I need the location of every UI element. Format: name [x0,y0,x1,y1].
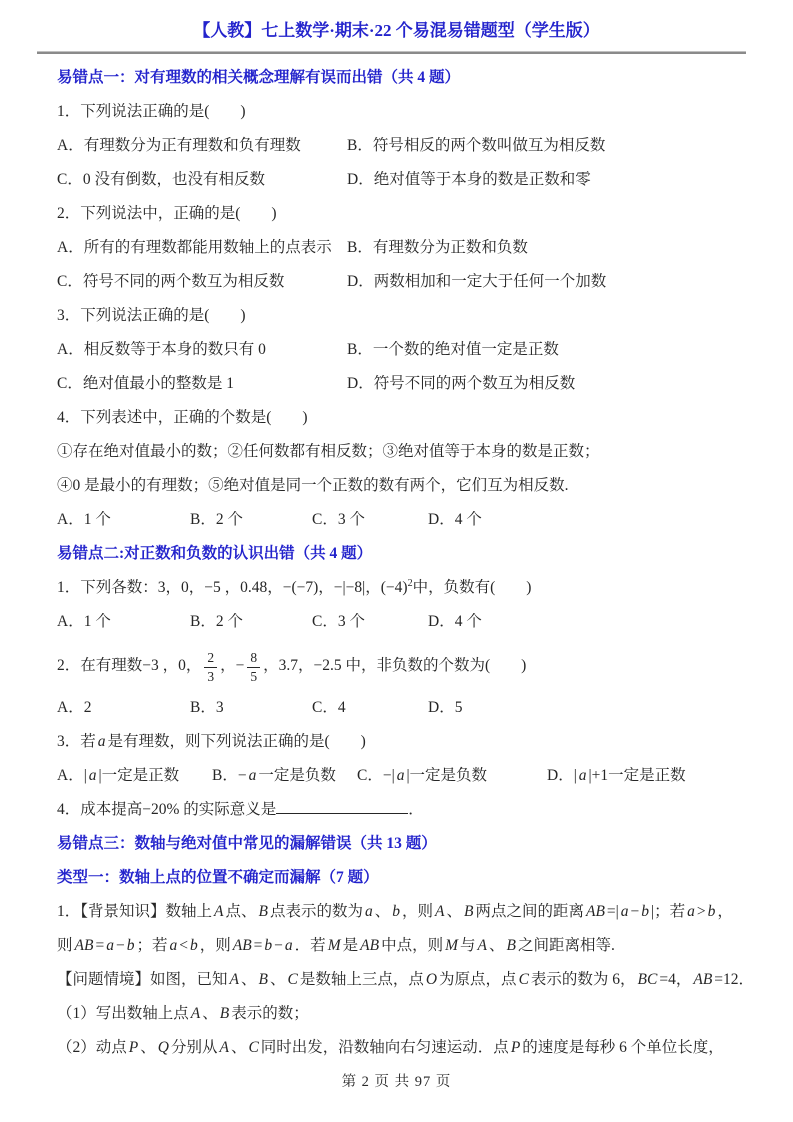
options-row: A．1 个B．2 个C．3 个D．4 个 [57,610,736,634]
text-segment: 4．成本提高−20% 的实际意义是 [57,801,276,818]
option: D．绝对值等于本身的数是正数和零 [347,168,591,192]
math-variable: B [218,1005,231,1022]
math-variable: a [395,767,407,784]
text-segment: 是数轴上三点，点 [300,971,424,988]
options-row: A．所有的有理数都能用数轴上的点表示B．有理数分为正数和负数 [57,236,736,260]
math-variable: b [639,903,651,920]
option: A．1 个 [57,610,190,634]
text-segment: 是 [343,937,359,954]
text-segment: 【问题情境】如图，已知 [57,971,228,988]
text-segment: 的速度是每秒 6 个单位长度， [522,1039,724,1056]
math-variable: a [363,903,375,920]
option: A．相反数等于本身的数只有 0 [57,338,347,362]
math-variable: AB [584,903,607,920]
text-segment: 点、 [225,903,256,920]
text-line: （1）写出数轴上点A、B表示的数； [57,1002,736,1026]
text-segment: ，则 [402,903,433,920]
options-row: A．有理数分为正有理数和负有理数B．符号相反的两个数叫做互为相反数 [57,134,736,158]
options-row: A．|a|一定是正数B．−a一定是负数C．−|a|一定是负数D．|a|+1一定是… [57,764,736,788]
text-segment: 3．下列说法正确的是( ) [57,307,246,324]
math-variable: a [167,937,179,954]
fraction: 23 [204,650,217,684]
text-segment: 2．在有理数−3 ，0， [57,657,201,674]
text-segment: 、 [140,1039,156,1056]
text-segment: 1．下列说法正确的是( ) [57,103,246,120]
fraction-numerator: 8 [247,650,260,668]
math-variable: AB [358,937,381,954]
math-variable: B [462,903,475,920]
math-variable: a [96,733,108,750]
math-variable: BC [636,971,660,988]
option: C．4 [312,696,428,720]
text-segment: B．− [212,767,247,784]
math-variable: C [517,971,531,988]
math-variable: a [87,767,99,784]
text-segment: 同时出发，沿数轴向右匀速运动．点 [261,1039,509,1056]
text-segment: ①存在绝对值最小的数；②任何数都有相反数；③绝对值等于本身的数是正数； [57,443,600,460]
text-line: ①存在绝对值最小的数；②任何数都有相反数；③绝对值等于本身的数是正数； [57,440,736,464]
option: B．2 个 [190,508,312,532]
text-segment: C．−| [357,767,395,784]
option: C．符号不同的两个数互为相反数 [57,270,347,294]
option: B．2 个 [190,610,312,634]
section-heading: 易错点一：对有理数的相关概念理解有误而出错（共 4 题） [57,66,736,90]
option: A．有理数分为正有理数和负有理数 [57,134,347,158]
document-body: 易错点一：对有理数的相关概念理解有误而出错（共 4 题）1．下列说法正确的是( … [57,66,736,1060]
option: D．5 [428,696,462,720]
text-segment: 、 [270,971,286,988]
text-segment: |+1一定是正数 [589,767,686,784]
text-segment: ． [408,801,424,818]
options-row: A．相反数等于本身的数只有 0B．一个数的绝对值一定是正数 [57,338,736,362]
math-variable: b [188,937,200,954]
options-row: A．1 个B．2 个C．3 个D．4 个 [57,508,736,532]
options-row: C．符号不同的两个数互为相反数D．两数相加和一定大于任何一个加数 [57,270,736,294]
text-line: （2）动点P、Q分别从A、C同时出发，沿数轴向右匀速运动．点P的速度是每秒 6 … [57,1036,736,1060]
text-line: 4．成本提高−20% 的实际意义是． [57,798,736,822]
text-segment: 4．下列表述中，正确的个数是( ) [57,409,308,426]
section-heading: 易错点三：数轴与绝对值中常见的漏解错误（共 13 题） [57,832,736,856]
option: B．3 [190,696,312,720]
fraction: 85 [247,650,260,684]
text-segment: 表示的数为 6， [531,971,636,988]
option: B．一个数的绝对值一定是正数 [347,338,559,362]
math-variable: B [505,937,518,954]
text-line: 4．下列表述中，正确的个数是( ) [57,406,736,430]
text-segment: 3．若 [57,733,96,750]
text-segment: ，则 [200,937,231,954]
header-rule [37,51,746,54]
text-segment: 之间距离相等. [518,937,615,954]
options-row: C．0 没有倒数，也没有相反数D．绝对值等于本身的数是正数和零 [57,168,736,192]
page-footer: 第 2 页 共 97 页 [0,1070,793,1091]
math-variable: A [212,903,225,920]
text-segment: 则 [57,937,73,954]
math-variable: C [246,1039,260,1056]
text-segment: |；若 [651,903,685,920]
text-segment: 、 [231,1039,247,1056]
text-segment: 中点，则 [381,937,443,954]
math-variable: B [257,903,270,920]
math-variable: a [104,937,116,954]
text-line: 2．在有理数−3 ，0，23，−85，3.7，−2.5 中，非负数的个数为( ) [57,644,736,688]
options-row: A．2B．3C．4D．5 [57,696,736,720]
math-variable: b [262,937,274,954]
text-segment: =| [607,903,619,920]
text-segment: |一定是负数 [406,767,487,784]
math-variable: a [283,937,295,954]
math-variable: M [326,937,343,954]
option: B．−a一定是负数 [212,764,357,788]
worksheet-page: 【人教】七上数学·期末·22 个易混易错题型（学生版） 易错点一：对有理数的相关… [0,0,793,1122]
text-segment: D．| [547,767,577,784]
math-variable: B [257,971,270,988]
math-variable: P [127,1039,140,1056]
text-line: 3．若a是有理数，则下列说法正确的是( ) [57,730,736,754]
text-segment: =12． [714,971,754,988]
option: C．绝对值最小的整数是 1 [57,372,347,396]
text-line: 3．下列说法正确的是( ) [57,304,736,328]
section-heading: 类型一：数轴上点的位置不确定而漏解（7 题） [57,866,736,890]
text-segment: （2）动点 [57,1039,127,1056]
text-segment: =4， [659,971,691,988]
text-segment: 、 [241,971,257,988]
text-line: 1．下列说法正确的是( ) [57,100,736,124]
math-variable: P [509,1039,522,1056]
option: D．|a|+1一定是正数 [547,764,686,788]
text-segment: > [697,903,706,920]
option: C．3 个 [312,508,428,532]
math-variable: a [247,767,259,784]
text-segment: （1）写出数轴上点 [57,1005,189,1022]
math-variable: AB [73,937,96,954]
text-segment: 、 [202,1005,218,1022]
text-segment: < [179,937,188,954]
text-line: 2．下列说法中，正确的是( ) [57,202,736,226]
math-variable: A [433,903,446,920]
text-segment: 点表示的数为 [270,903,363,920]
text-segment: − [631,903,640,920]
option: A．1 个 [57,508,190,532]
text-segment: 、 [446,903,462,920]
page-title: 【人教】七上数学·期末·22 个易混易错题型（学生版） [57,18,736,44]
math-variable: AB [691,971,714,988]
answer-blank [276,799,408,814]
text-segment: 两点之间的距离 [475,903,584,920]
text-segment: ．若 [295,937,326,954]
fraction-numerator: 2 [204,650,217,668]
text-segment: 1．【背景知识】数轴上 [57,903,212,920]
math-variable: a [619,903,631,920]
math-variable: b [706,903,718,920]
option: A．所有的有理数都能用数轴上的点表示 [57,236,347,260]
fraction-denominator: 5 [247,668,260,685]
math-variable: A [476,937,489,954]
math-variable: C [285,971,299,988]
options-row: C．绝对值最小的整数是 1D．符号不同的两个数互为相反数 [57,372,736,396]
text-segment: 中，负数有( ) [413,579,532,596]
text-line: 则AB=a−b；若a<b，则AB=b−a．若M是AB中点，则M与A、B之间距离相… [57,934,736,958]
text-segment: 、 [489,937,505,954]
text-segment: ，3.7，−2.5 中，非负数的个数为( ) [263,657,526,674]
option: C．0 没有倒数，也没有相反数 [57,168,347,192]
text-segment: ；若 [136,937,167,954]
option: A．|a|一定是正数 [57,764,212,788]
text-segment: − [274,937,283,954]
text-segment: ， [717,903,733,920]
text-segment: 一定是负数 [258,767,336,784]
option: D．符号不同的两个数互为相反数 [347,372,575,396]
math-variable: M [443,937,460,954]
text-segment: 是有理数，则下列说法正确的是( ) [108,733,366,750]
text-line: 1．【背景知识】数轴上A点、B点表示的数为a、b，则A、B两点之间的距离AB=|… [57,900,736,924]
text-segment: 与 [460,937,476,954]
math-variable: A [217,1039,230,1056]
text-segment: − [116,937,125,954]
math-variable: b [125,937,137,954]
option: C．−|a|一定是负数 [357,764,547,788]
text-segment: |一定是正数 [99,767,180,784]
text-segment: ，− [220,657,244,674]
section-heading: 易错点二:对正数和负数的认识出错（共 4 题） [57,542,736,566]
text-segment: 1．下列各数：3，0，−5 ，0.48，−(−7)，−|−8|，(−4) [57,579,408,596]
option: B．符号相反的两个数叫做互为相反数 [347,134,605,158]
text-line: 1．下列各数：3，0，−5 ，0.48，−(−7)，−|−8|，(−4)2中，负… [57,576,736,600]
math-variable: Q [156,1039,171,1056]
fraction-denominator: 3 [204,668,217,685]
math-variable: A [228,971,241,988]
text-line: 【问题情境】如图，已知A、B、C是数轴上三点，点O为原点，点C表示的数为 6，B… [57,968,736,992]
text-segment: 表示的数； [231,1005,309,1022]
math-variable: b [390,903,402,920]
text-segment: = [95,937,104,954]
option: C．3 个 [312,610,428,634]
text-segment: 、 [375,903,391,920]
text-line: ④0 是最小的有理数；⑤绝对值是同一个正数的数有两个，它们互为相反数. [57,474,736,498]
math-variable: a [577,767,589,784]
text-segment: ④0 是最小的有理数；⑤绝对值是同一个正数的数有两个，它们互为相反数. [57,477,569,494]
math-variable: A [189,1005,202,1022]
option: D．两数相加和一定大于任何一个加数 [347,270,606,294]
option: B．有理数分为正数和负数 [347,236,528,260]
text-segment: 为原点，点 [439,971,517,988]
text-segment: 2．下列说法中，正确的是( ) [57,205,277,222]
math-variable: a [685,903,697,920]
option: A．2 [57,696,190,720]
option: D．4 个 [428,508,482,532]
option: D．4 个 [428,610,482,634]
text-segment: A．| [57,767,87,784]
text-segment: 分别从 [171,1039,218,1056]
math-variable: O [424,971,439,988]
math-variable: AB [231,937,254,954]
